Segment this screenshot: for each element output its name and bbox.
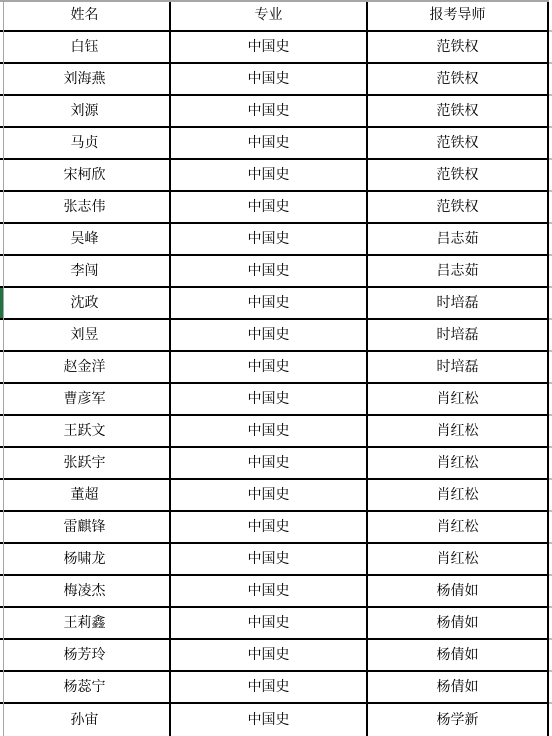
table-row[interactable]: 赵金洋 中国史 时培磊 [0, 352, 549, 384]
table-row[interactable]: 刘源 中国史 范铁权 [0, 96, 549, 128]
table-row[interactable]: 宋柯欣 中国史 范铁权 [0, 160, 549, 192]
advisor-cell[interactable]: 肖红松 [368, 448, 549, 478]
sheet-gridline-top [0, 0, 552, 2]
advisor-cell[interactable]: 肖红松 [368, 416, 549, 446]
table-row[interactable]: 马贞 中国史 范铁权 [0, 128, 549, 160]
advisor-cell[interactable]: 杨倩如 [368, 608, 549, 638]
name-cell[interactable]: 杨啸龙 [0, 544, 171, 574]
major-cell[interactable]: 中国史 [171, 704, 368, 736]
name-cell[interactable]: 张跃宇 [0, 448, 171, 478]
table-row[interactable]: 张跃宇 中国史 肖红松 [0, 448, 549, 480]
major-cell[interactable]: 中国史 [171, 32, 368, 62]
major-cell[interactable]: 中国史 [171, 256, 368, 286]
name-cell[interactable]: 董超 [0, 480, 171, 510]
name-cell[interactable]: 马贞 [0, 128, 171, 158]
table-row[interactable]: 李闯 中国史 吕志茹 [0, 256, 549, 288]
name-cell[interactable]: 杨芳玲 [0, 640, 171, 670]
major-cell[interactable]: 中国史 [171, 96, 368, 126]
advisor-cell[interactable]: 杨学新 [368, 704, 549, 736]
advisor-cell[interactable]: 吕志茹 [368, 224, 549, 254]
table-row[interactable]: 孙宙 中国史 杨学新 [0, 704, 549, 736]
advisor-cell[interactable]: 肖红松 [368, 544, 549, 574]
table-body: 白钰 中国史 范铁权 刘海燕 中国史 范铁权 刘源 中国史 范铁权 马贞 中国史… [0, 32, 549, 736]
name-cell[interactable]: 赵金洋 [0, 352, 171, 382]
selected-row-marker [0, 288, 3, 318]
name-cell[interactable]: 刘源 [0, 96, 171, 126]
name-cell[interactable]: 李闯 [0, 256, 171, 286]
name-cell[interactable]: 刘昱 [0, 320, 171, 350]
major-cell[interactable]: 中国史 [171, 512, 368, 542]
advisor-cell[interactable]: 肖红松 [368, 512, 549, 542]
advisor-cell[interactable]: 杨倩如 [368, 576, 549, 606]
table-row[interactable]: 杨芳玲 中国史 杨倩如 [0, 640, 549, 672]
major-cell[interactable]: 中国史 [171, 160, 368, 190]
major-cell[interactable]: 中国史 [171, 480, 368, 510]
advisor-cell[interactable]: 时培磊 [368, 288, 549, 318]
major-cell[interactable]: 中国史 [171, 64, 368, 94]
table-header-row: 姓名 专业 报考导师 [0, 0, 549, 32]
advisor-cell[interactable]: 范铁权 [368, 160, 549, 190]
advisor-cell[interactable]: 范铁权 [368, 128, 549, 158]
major-cell[interactable]: 中国史 [171, 128, 368, 158]
header-advisor[interactable]: 报考导师 [368, 0, 549, 30]
major-cell[interactable]: 中国史 [171, 544, 368, 574]
name-cell[interactable]: 张志伟 [0, 192, 171, 222]
table-row[interactable]: 王莉鑫 中国史 杨倩如 [0, 608, 549, 640]
major-cell[interactable]: 中国史 [171, 320, 368, 350]
table-row[interactable]: 刘昱 中国史 时培磊 [0, 320, 549, 352]
name-cell[interactable]: 梅凌杰 [0, 576, 171, 606]
name-cell[interactable]: 宋柯欣 [0, 160, 171, 190]
table-row[interactable]: 沈政 中国史 时培磊 [0, 288, 549, 320]
table-row[interactable]: 吴峰 中国史 吕志茹 [0, 224, 549, 256]
advisor-cell[interactable]: 肖红松 [368, 384, 549, 414]
major-cell[interactable]: 中国史 [171, 288, 368, 318]
major-cell[interactable]: 中国史 [171, 672, 368, 702]
table-row[interactable]: 张志伟 中国史 范铁权 [0, 192, 549, 224]
sheet-gridline-left [3, 0, 4, 736]
table-row[interactable]: 杨啸龙 中国史 肖红松 [0, 544, 549, 576]
major-cell[interactable]: 中国史 [171, 192, 368, 222]
major-cell[interactable]: 中国史 [171, 384, 368, 414]
major-cell[interactable]: 中国史 [171, 640, 368, 670]
header-name[interactable]: 姓名 [0, 0, 171, 30]
advisor-cell[interactable]: 杨倩如 [368, 672, 549, 702]
table-row[interactable]: 梅凌杰 中国史 杨倩如 [0, 576, 549, 608]
advisor-cell[interactable]: 范铁权 [368, 192, 549, 222]
name-cell[interactable]: 吴峰 [0, 224, 171, 254]
advisor-cell[interactable]: 范铁权 [368, 32, 549, 62]
header-major[interactable]: 专业 [171, 0, 368, 30]
table-row[interactable]: 杨蕊宁 中国史 杨倩如 [0, 672, 549, 704]
major-cell[interactable]: 中国史 [171, 352, 368, 382]
advisor-cell[interactable]: 范铁权 [368, 64, 549, 94]
name-cell[interactable]: 杨蕊宁 [0, 672, 171, 702]
major-cell[interactable]: 中国史 [171, 416, 368, 446]
name-cell[interactable]: 雷麒锋 [0, 512, 171, 542]
major-cell[interactable]: 中国史 [171, 576, 368, 606]
name-cell[interactable]: 白钰 [0, 32, 171, 62]
advisor-cell[interactable]: 吕志茹 [368, 256, 549, 286]
advisor-cell[interactable]: 范铁权 [368, 96, 549, 126]
major-cell[interactable]: 中国史 [171, 224, 368, 254]
name-cell[interactable]: 沈政 [0, 288, 171, 318]
name-cell[interactable]: 刘海燕 [0, 64, 171, 94]
table-row[interactable]: 雷麒锋 中国史 肖红松 [0, 512, 549, 544]
name-cell[interactable]: 王跃文 [0, 416, 171, 446]
advisor-cell[interactable]: 时培磊 [368, 352, 549, 382]
major-cell[interactable]: 中国史 [171, 448, 368, 478]
table-row[interactable]: 曹彦军 中国史 肖红松 [0, 384, 549, 416]
spreadsheet-view: 姓名 专业 报考导师 白钰 中国史 范铁权 刘海燕 中国史 范铁权 刘源 中国史… [0, 0, 552, 736]
name-cell[interactable]: 孙宙 [0, 704, 171, 736]
table-row[interactable]: 王跃文 中国史 肖红松 [0, 416, 549, 448]
table-row[interactable]: 董超 中国史 肖红松 [0, 480, 549, 512]
advisor-cell[interactable]: 杨倩如 [368, 640, 549, 670]
name-cell[interactable]: 曹彦军 [0, 384, 171, 414]
name-cell[interactable]: 王莉鑫 [0, 608, 171, 638]
table-row[interactable]: 刘海燕 中国史 范铁权 [0, 64, 549, 96]
advisor-cell[interactable]: 肖红松 [368, 480, 549, 510]
table-row[interactable]: 白钰 中国史 范铁权 [0, 32, 549, 64]
student-advisor-table: 姓名 专业 报考导师 白钰 中国史 范铁权 刘海燕 中国史 范铁权 刘源 中国史… [0, 0, 549, 736]
advisor-cell[interactable]: 时培磊 [368, 320, 549, 350]
major-cell[interactable]: 中国史 [171, 608, 368, 638]
